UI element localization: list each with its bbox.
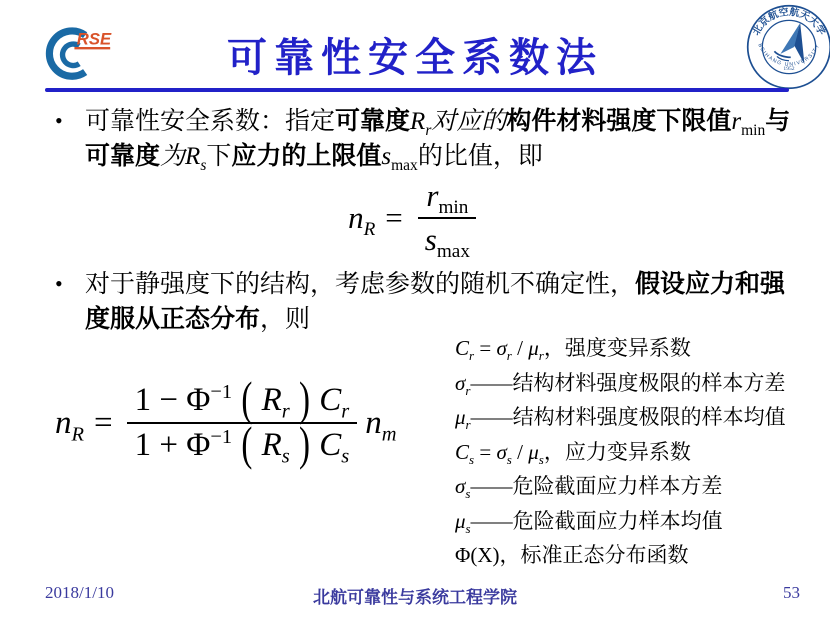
text-segment-bold: 构件材料强度下限值 bbox=[506, 107, 731, 135]
footer-institution: 北航可靠性与系统工程学院 bbox=[0, 583, 830, 608]
title-underline bbox=[45, 88, 789, 92]
math-nR: nR bbox=[55, 405, 84, 442]
def-Cs: Cs = σs / μs，应力变异系数 bbox=[455, 435, 827, 470]
text-segment: ，则 bbox=[260, 306, 310, 333]
fraction: 1 − Φ−1 ( Rr ) Cr 1 + Φ−1 ( Rs ) Cs bbox=[127, 382, 358, 464]
right-paren: ) bbox=[299, 419, 310, 473]
math-smax: smax bbox=[381, 143, 417, 170]
symbol-definitions: Cr = σr / μr，强度变异系数 σr——结构材料强度极限的样本方差 μr… bbox=[455, 331, 827, 573]
formula-normal-distribution-safety-factor: nR = 1 − Φ−1 ( Rr ) Cr 1 + Φ−1 ( Rs ) Cs… bbox=[55, 382, 397, 464]
bullet-static-strength: • 对于静强度下的结构，考虑参数的随机不确定性，假设应力和强度服从正态分布，则 bbox=[55, 267, 807, 337]
bullet-text: 可靠性安全系数：指定可靠度Rr对应的构件材料强度下限值rmin与可靠度为Rs下应… bbox=[55, 104, 807, 174]
math-rmin: rmin bbox=[731, 108, 765, 135]
bullet-text: 对于静强度下的结构，考虑参数的随机不确定性，假设应力和强度服从正态分布，则 bbox=[55, 267, 807, 337]
math-nm: nm bbox=[365, 405, 396, 442]
left-paren: ( bbox=[241, 419, 252, 473]
bullet-marker: • bbox=[55, 104, 63, 138]
seal-year-text: 1952 bbox=[783, 66, 794, 72]
fraction-denominator: smax bbox=[417, 219, 478, 258]
text-segment: 可靠性安全系数：指定 bbox=[85, 108, 335, 135]
bullet-marker: • bbox=[55, 267, 63, 301]
text-segment: 对于静强度下的结构，考虑参数的随机不确定性， bbox=[85, 271, 635, 298]
bullet-reliability-safety-factor: • 可靠性安全系数：指定可靠度Rr对应的构件材料强度下限值rmin与可靠度为Rs… bbox=[55, 104, 807, 174]
fraction-denominator: 1 + Φ−1 ( Rs ) Cs bbox=[127, 424, 358, 464]
fraction-numerator: rmin bbox=[418, 178, 476, 219]
presentation-slide: RSE 可靠性安全系数法 北京航空航天大学 BEIHANG UNIVERSITY… bbox=[0, 0, 830, 622]
math-nR: nR bbox=[348, 200, 375, 236]
text-segment: 的比值，即 bbox=[418, 143, 543, 170]
slide-title: 可靠性安全系数法 bbox=[0, 26, 830, 83]
text-segment-italic: 为 bbox=[160, 143, 185, 170]
def-mu-s: μs——危险截面应力样本均值 bbox=[455, 504, 827, 539]
footer-page-number: 53 bbox=[783, 583, 800, 603]
text-segment-italic: 对应的 bbox=[431, 108, 506, 135]
text-segment-bold: 应力的上限值 bbox=[231, 142, 381, 170]
seal-graphic: 北京航空航天大学 BEIHANG UNIVERSITY 1952 bbox=[746, 4, 830, 90]
math-Rs: Rs bbox=[185, 143, 206, 170]
def-Cr: Cr = σr / μr，强度变异系数 bbox=[455, 331, 827, 366]
def-sigma-r: σr——结构材料强度极限的样本方差 bbox=[455, 366, 827, 401]
def-sigma-s: σs——危险截面应力样本方差 bbox=[455, 469, 827, 504]
beihang-university-seal-icon: 北京航空航天大学 BEIHANG UNIVERSITY 1952 bbox=[746, 4, 830, 90]
slide-footer: 2018/1/10 北航可靠性与系统工程学院 53 bbox=[0, 583, 830, 607]
formula-safety-factor-ratio: nR = rmin smax bbox=[0, 178, 830, 258]
equals-sign: = bbox=[385, 200, 402, 236]
def-mu-r: μr——结构材料强度极限的样本均值 bbox=[455, 400, 827, 435]
equals-sign: = bbox=[94, 405, 113, 442]
fraction: rmin smax bbox=[417, 178, 478, 258]
math-Rr: Rr bbox=[410, 108, 431, 135]
text-segment-bold: 可靠度 bbox=[335, 107, 410, 135]
def-phi: Φ(X)，标准正态分布函数 bbox=[455, 538, 827, 573]
text-segment: 下 bbox=[206, 143, 231, 170]
